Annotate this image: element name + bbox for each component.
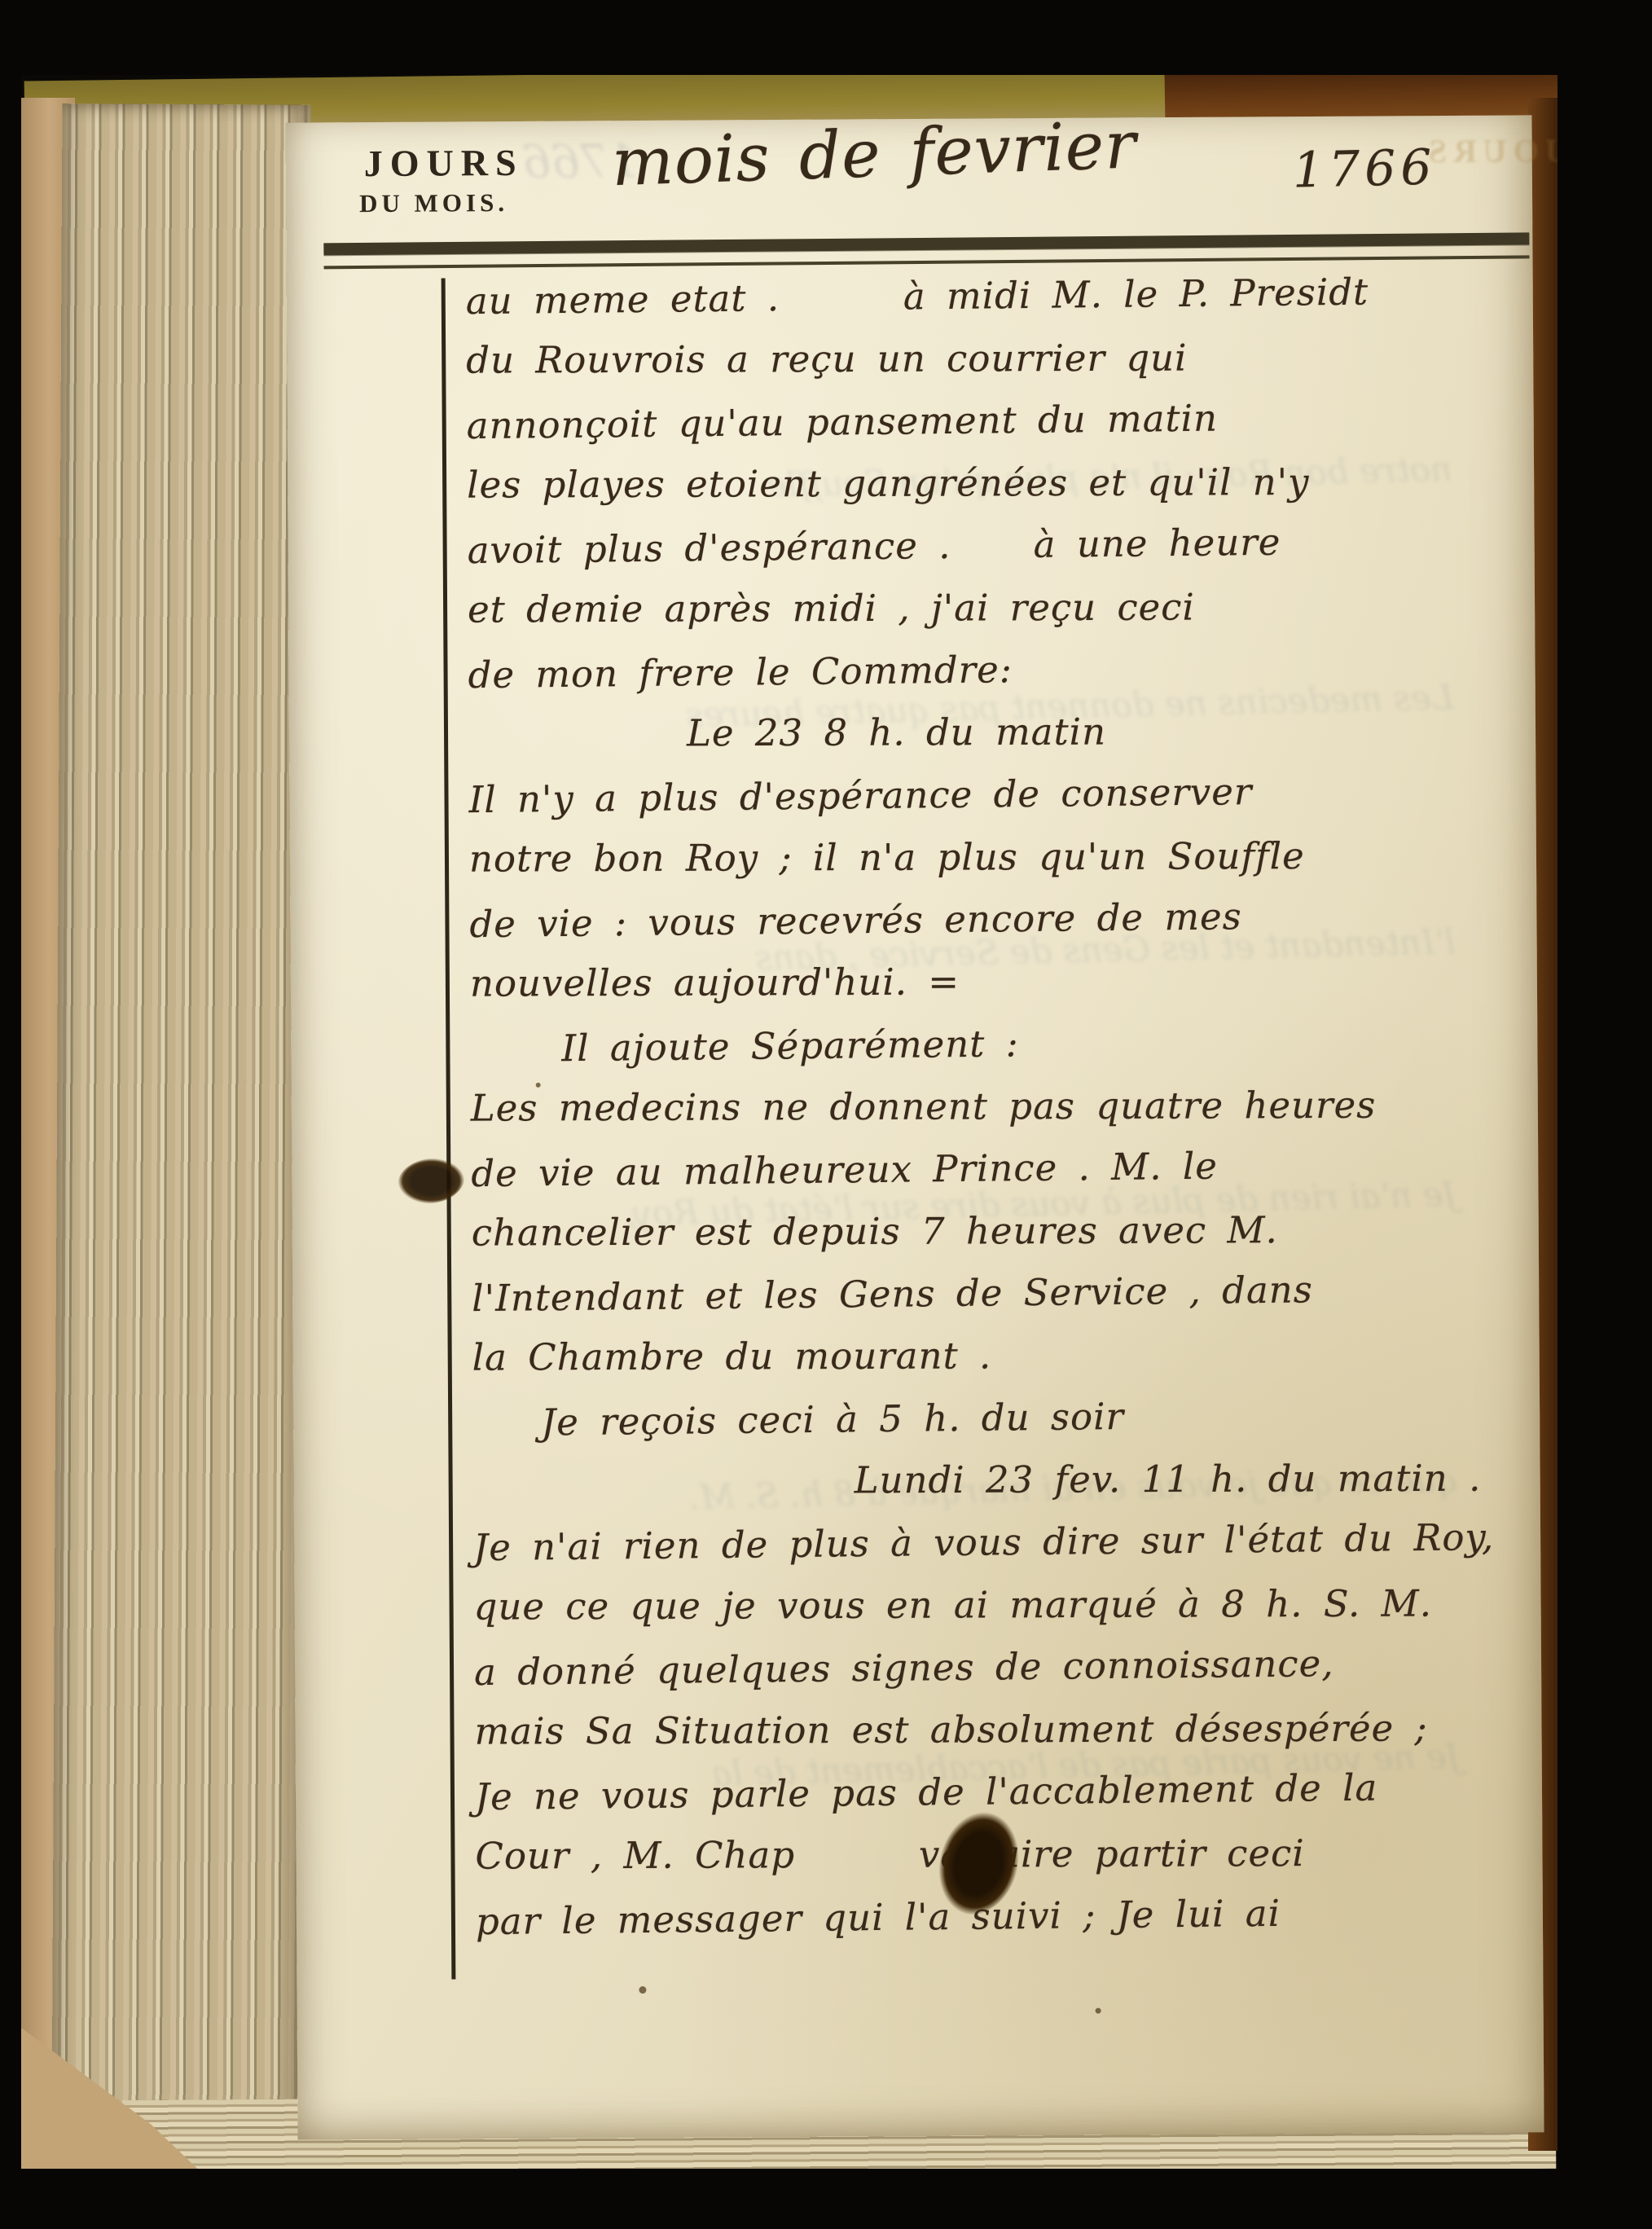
journal-line: l'Intendant et les Gens de Service , dan…	[472, 1257, 1531, 1330]
journal-line: Il ajoute Séparément :	[561, 1008, 1530, 1080]
journal-line: au meme etat . à midi M. le P. Presidt	[465, 260, 1525, 333]
journal-line: mais Sa Situation est absolument désespé…	[474, 1697, 1533, 1763]
bottom-black-border	[0, 2169, 1652, 2229]
journal-line: a donné quelques signes de connoissance,	[474, 1631, 1534, 1704]
top-black-border	[0, 0, 1652, 75]
journal-line: notre bon Roy ; il n'a plus qu'un Souffl…	[469, 824, 1528, 890]
journal-line: les playes etoient gangrénées et qu'il n…	[467, 451, 1526, 517]
journal-line: que ce que je vous en ai marqué à 8 h. S…	[473, 1572, 1532, 1638]
journal-line: du Rouvrois a reçu un courrier qui	[466, 326, 1525, 392]
page-fore-edges	[51, 103, 310, 2142]
month-title-handwritten: mois de fevrier	[610, 107, 1137, 200]
journal-text-block: au meme etat . à midi M. le P. Presidt d…	[466, 262, 1536, 1950]
manuscript-page: JOURS 1766 JOURS DU MOIS. mois de fevrie…	[285, 115, 1544, 2139]
ink-speck	[639, 1986, 646, 1994]
journal-line: la Chambre du mourant .	[472, 1323, 1531, 1389]
year-handwritten: 1766	[1292, 139, 1437, 200]
header-rule-thick	[323, 232, 1529, 255]
journal-line: Le 23 8 h. du matin	[687, 699, 1527, 764]
journal-line: Il n'y a plus d'espérance de conserver	[468, 758, 1528, 832]
journal-line: annonçoit qu'au pansement du matin	[466, 385, 1526, 458]
header-jours-label: JOURS	[364, 141, 524, 185]
journal-line: nouvelles aujourd'hui. =	[470, 949, 1529, 1015]
ink-speck	[1096, 2008, 1101, 2014]
journal-line: avoit plus d'espérance . à une heure	[467, 509, 1527, 583]
journal-line: de mon frere le Commdre:	[468, 634, 1527, 707]
left-black-border	[0, 0, 21, 2229]
journal-line: Lundi 23 fev. 11 h. du matin .	[855, 1447, 1532, 1511]
margin-rule-vertical	[442, 279, 456, 1980]
journal-line: Je n'ai rien de plus à vous dire sur l'é…	[473, 1506, 1533, 1580]
header-dumois-label: DU MOIS.	[359, 188, 508, 218]
journal-line: chancelier est depuis 7 heures avec M.	[472, 1198, 1531, 1264]
book-photo-stage: JOURS 1766 JOURS DU MOIS. mois de fevrie…	[0, 0, 1652, 2229]
journal-line: et demie après midi , j'ai reçu ceci	[468, 575, 1527, 641]
bleed-through-header-ghost: JOURS	[1422, 131, 1562, 170]
journal-line: Je ne vous parle pas de l'accablement de…	[475, 1756, 1535, 1829]
journal-line: Les medecins ne donnent pas quatre heure…	[471, 1074, 1530, 1140]
journal-line: de vie : vous recevrés encore de mes	[469, 883, 1529, 956]
journal-line: Je reçois ceci à 5 h. du soir	[541, 1382, 1532, 1454]
ink-speck	[536, 1083, 541, 1088]
right-black-border	[1558, 0, 1652, 2229]
journal-line: de vie au malheureux Prince . M. le	[471, 1132, 1531, 1206]
